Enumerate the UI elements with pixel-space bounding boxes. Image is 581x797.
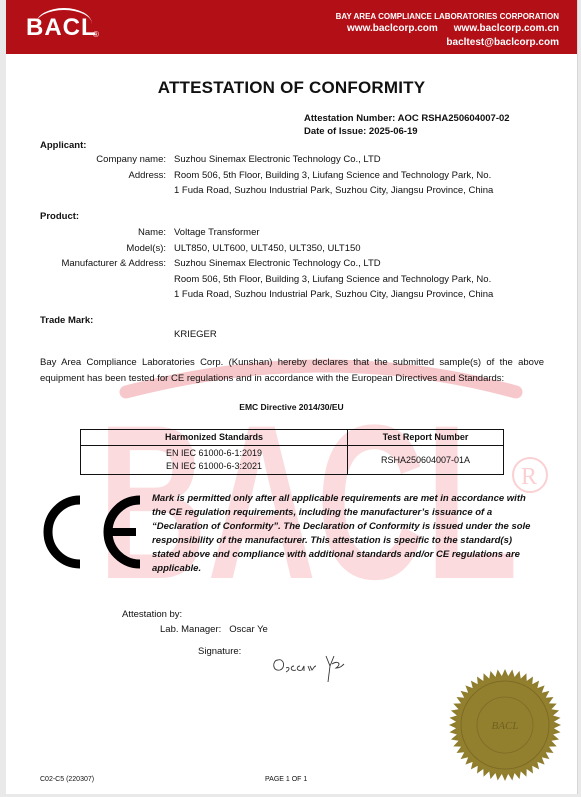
standard-item: EN IEC 61000-6-3:2021 [85,460,343,473]
document-title: ATTESTATION OF CONFORMITY [6,78,577,98]
ce-mark-statement: Mark is permitted only after all applica… [152,492,542,576]
certificate-page: BACL ® BAY AREA COMPLIANCE LABORATORIES … [6,0,577,794]
company-label: Company name: [6,152,166,168]
bacl-logo: BACL [26,14,97,42]
product-heading: Product: [40,211,79,222]
form-code: C02-C5 (220307) [40,776,94,783]
address-line-2: 1 Fuda Road, Suzhou Industrial Park, Suz… [174,183,493,199]
website-link[interactable]: www.baclcorp.com [347,23,438,34]
signature-image [268,646,348,686]
product-name: Voltage Transformer [174,225,260,241]
attestation-by-label: Attestation by: [122,609,182,620]
declaration-text: Bay Area Compliance Laboratories Corp. (… [40,355,544,386]
svg-text:R: R [521,464,537,490]
standards-table: Harmonized Standards Test Report Number … [80,429,504,475]
lab-manager-label: Lab. Manager: [160,624,221,635]
attestation-number: Attestation Number: AOC RSHA250604007-02 [304,112,510,125]
address-label: Address: [6,168,166,184]
trade-mark-heading: Trade Mark: [40,315,93,326]
email-link[interactable]: bacltest@baclcorp.com [336,36,559,50]
trade-mark-value: KRIEGER [174,329,217,340]
lab-manager-name: Oscar Ye [229,624,268,635]
address-line-1: Room 506, 5th Floor, Building 3, Liufang… [174,168,491,184]
models: ULT850, ULT600, ULT450, ULT350, ULT150 [174,241,361,257]
standards-cell: EN IEC 61000-6-1:2019 EN IEC 61000-6-3:2… [81,446,348,475]
header-banner: BACL ® BAY AREA COMPLIANCE LABORATORIES … [6,0,577,54]
directive-title: EMC Directive 2014/30/EU [6,402,577,412]
report-number-cell: RSHA250604007-01A [348,446,504,475]
svg-text:BACL: BACL [492,720,519,732]
date-of-issue: Date of Issue: 2025-06-19 [304,125,510,138]
attestation-info: Attestation Number: AOC RSHA250604007-02… [304,112,510,138]
corporation-name: BAY AREA COMPLIANCE LABORATORIES CORPORA… [336,11,559,22]
applicant-heading: Applicant: [40,140,86,151]
column-header: Test Report Number [348,430,504,446]
product-name-label: Name: [6,225,166,241]
website-cn-link[interactable]: www.baclcorp.com.cn [454,23,559,34]
company-name: Suzhou Sinemax Electronic Technology Co.… [174,152,381,168]
header-contact: BAY AREA COMPLIANCE LABORATORIES CORPORA… [336,11,559,50]
manufacturer-name: Suzhou Sinemax Electronic Technology Co.… [174,256,381,272]
standard-item: EN IEC 61000-6-1:2019 [85,447,343,460]
table-header-row: Harmonized Standards Test Report Number [81,430,504,446]
manufacturer-address-line-2: 1 Fuda Road, Suzhou Industrial Park, Suz… [174,287,493,303]
table-row: EN IEC 61000-6-1:2019 EN IEC 61000-6-3:2… [81,446,504,475]
ce-mark-icon [36,494,148,570]
registered-mark-icon: ® [93,30,99,39]
signature-label: Signature: [198,646,241,657]
manufacturer-address-line-1: Room 506, 5th Floor, Building 3, Liufang… [174,272,491,288]
manufacturer-label: Manufacturer & Address: [6,256,166,272]
models-label: Model(s): [6,241,166,257]
gold-seal: BACL [448,668,562,782]
lab-manager: Lab. Manager:Oscar Ye [160,624,268,635]
page-number: PAGE 1 OF 1 [265,776,307,783]
column-header: Harmonized Standards [81,430,348,446]
